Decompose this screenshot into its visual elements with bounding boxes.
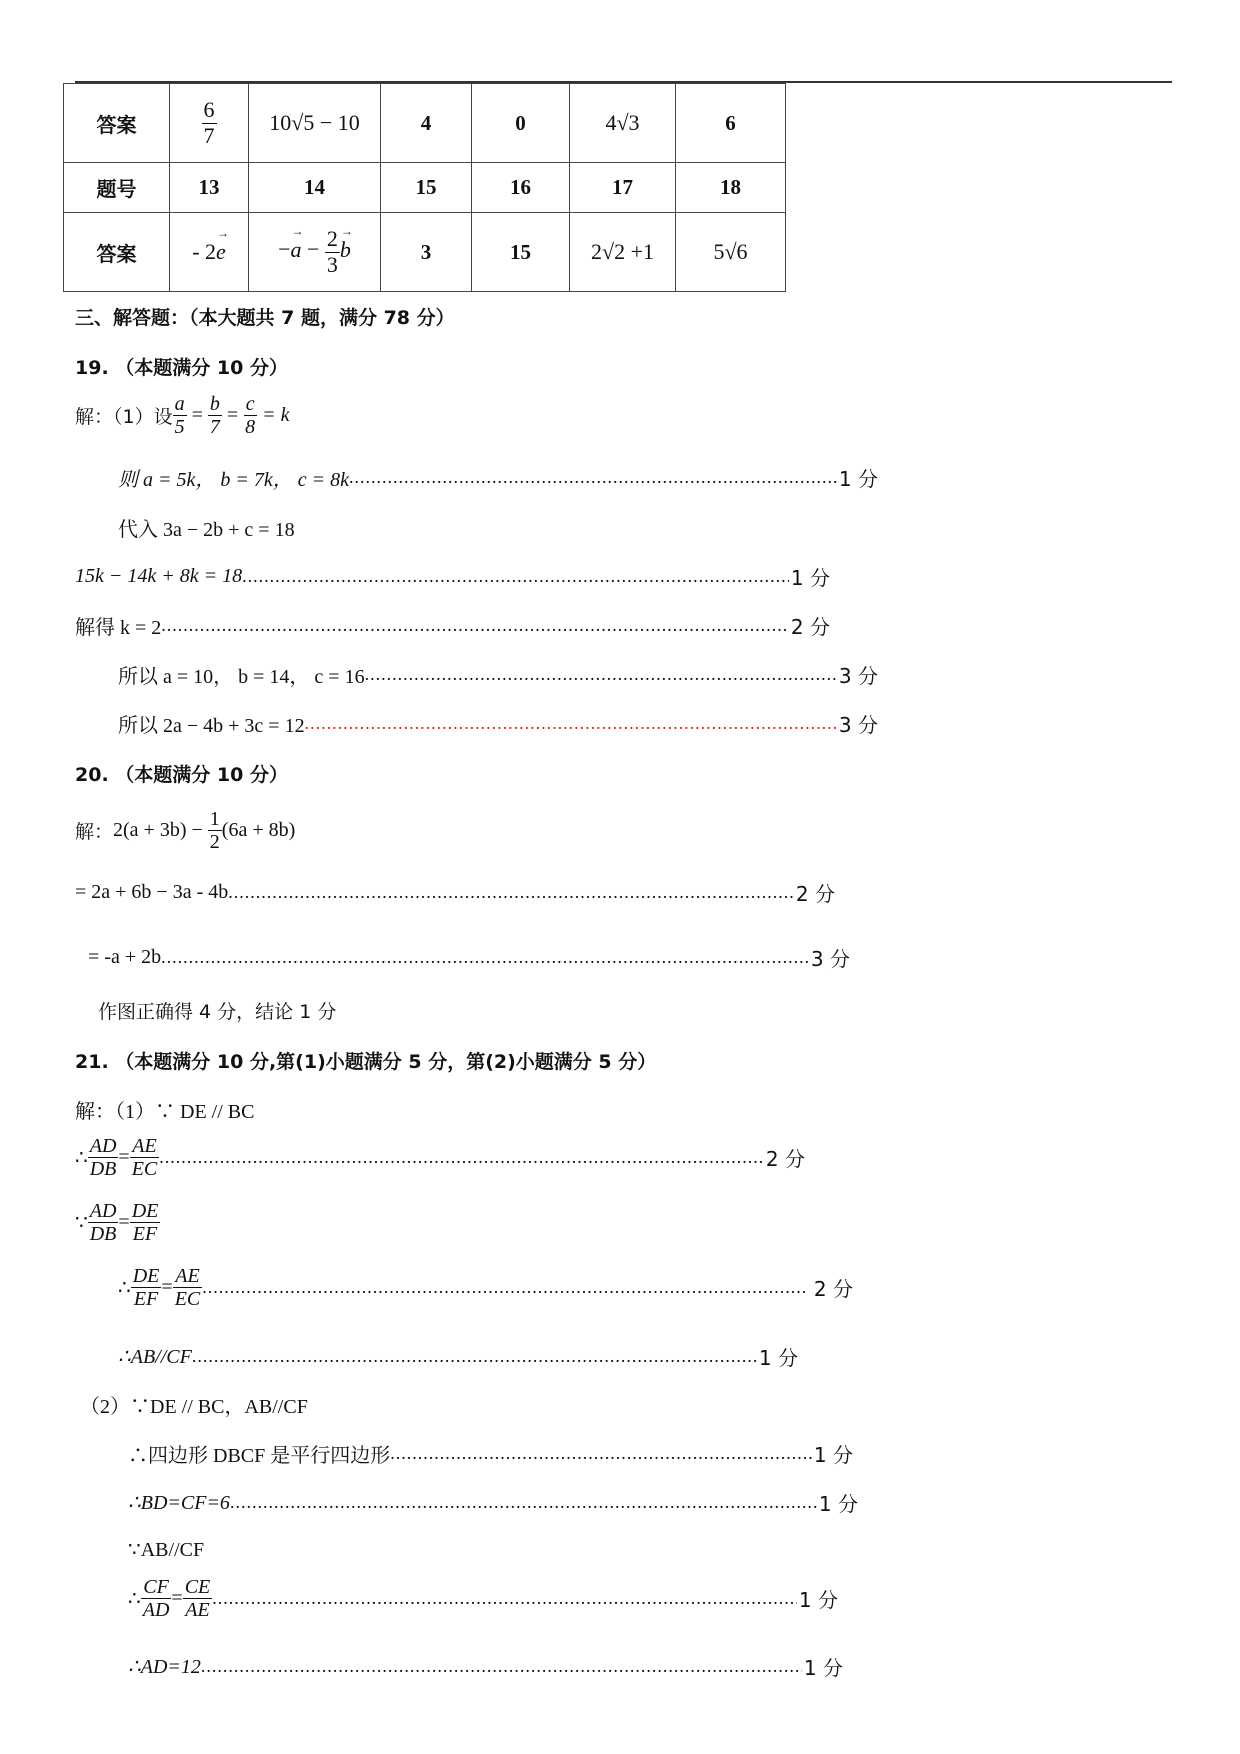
answer-cell: 2√2 +1 [570,213,676,292]
table-row: 答案 67 10√5 − 10 4 0 4√3 6 [64,84,786,163]
row-label: 答案 [64,84,170,163]
q21-line-10: ∴ CFAD= CEAE ...........................… [128,1576,838,1621]
q21-line-4: ∴ DEEF= AEEC ...........................… [118,1265,853,1310]
answer-cell: 0 [472,84,570,163]
question-19-header: 19. （本题满分 10 分） [75,353,288,380]
answer-cell: 4√3 [570,84,676,163]
q21-line-8: ∴BD=CF=6................................… [128,1488,858,1517]
q19-line-4: 15k − 14k + 8k = 18.....................… [75,562,830,591]
q20-line-4: 作图正确得 4 分，结论 1 分 [98,997,336,1024]
q21-line-6: （2）∵DE // BC，AB//CF [80,1390,308,1419]
answer-cell: 4 [381,84,472,163]
answer-cell: 6 [676,84,786,163]
question-number: 18 [676,163,786,213]
answer-cell: 15 [472,213,570,292]
q19-line-1: 解：（1）设 a5 = b7 = c8 = k [75,393,290,438]
answer-cell: 3 [381,213,472,292]
question-20-header: 20. （本题满分 10 分） [75,760,288,787]
answer-cell: 5√6 [676,213,786,292]
q19-line-3: 代入 3a − 2b + c = 18 [118,513,295,542]
question-number: 17 [570,163,676,213]
q19-line-2: 则 a = 5k， b = 7k， c = 8k................… [118,463,878,492]
q21-line-5: ∴AB//CF.................................… [118,1342,798,1371]
table-row: 答案 - 2e −a − 23b 3 15 2√2 +1 5√6 [64,213,786,292]
question-number: 15 [381,163,472,213]
question-number: 14 [249,163,381,213]
question-21-header: 21. （本题满分 10 分,第(1)小题满分 5 分，第(2)小题满分 5 分… [75,1047,656,1074]
row-label: 答案 [64,213,170,292]
q21-line-9: ∵AB//CF [128,1537,204,1562]
question-number: 16 [472,163,570,213]
row-label: 题号 [64,163,170,213]
answer-cell: −a − 23b [249,213,381,292]
q19-line-5: 解得 k = 2................................… [75,611,830,640]
table-row: 题号 13 14 15 16 17 18 [64,163,786,213]
q20-line-3: = -a + 2b...............................… [88,943,850,972]
q20-line-2: = 2a + 6b − 3a - 4b.....................… [75,878,835,907]
answer-cell: - 2e [170,213,249,292]
q20-line-1: 解： 2(a + 3b) − 12 (6a + 8b) [75,808,295,853]
q21-line-11: ∴AD=12..................................… [128,1652,843,1681]
section-title: 三、解答题：（本大题共 7 题，满分 78 分） [75,303,455,330]
answer-table: 答案 67 10√5 − 10 4 0 4√3 6 题号 13 14 15 16… [63,83,786,292]
q21-line-3: ∵ ADDB= DEEF [75,1200,160,1245]
answer-cell: 10√5 − 10 [249,84,381,163]
q21-line-2: ∴ ADDB= AEEC ...........................… [75,1135,805,1180]
q19-line-7: 所以 2a − 4b + 3c = 12....................… [118,709,878,738]
q21-line-1: 解：（1）∵ DE // BC [75,1095,254,1124]
question-number: 13 [170,163,249,213]
q21-line-7: ∴四边形 DBCF 是平行四边形........................… [128,1439,853,1468]
q19-line-6: 所以 a = 10， b = 14， c = 16...............… [118,660,878,689]
answer-cell: 67 [170,84,249,163]
